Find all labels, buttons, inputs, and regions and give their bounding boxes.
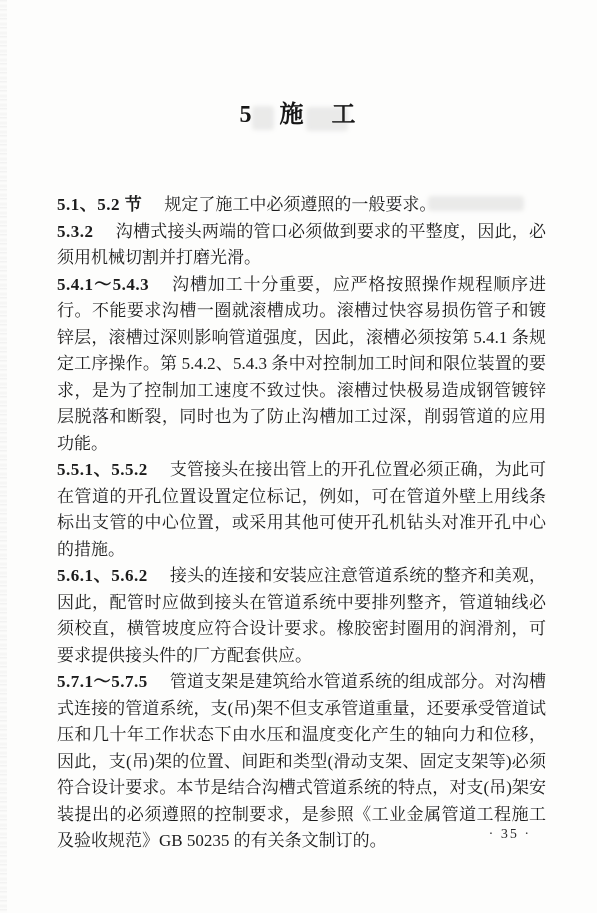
clause-number: 5.3.2 (57, 222, 116, 241)
bleed-through-artifact (306, 107, 348, 131)
paragraph-clause-5-6-1-5-6-2: 5.6.1、5.6.2接头的连接和安装应注意管道系统的整齐和美观，因此，配管时应… (57, 563, 546, 669)
scan-edge-artifact (0, 0, 7, 913)
paragraph-clause-5-4-1-5-4-3: 5.4.1～5.4.3沟槽加工十分重要，应严格按照操作规程顺序进行。不能要求沟槽… (57, 272, 546, 458)
clause-number: 5.5.1、5.5.2 (57, 460, 170, 479)
document-page: 5 施 工 5.1、5.2 节规定了施工中必须遵照的一般要求。 5.3.2沟槽式… (0, 0, 597, 913)
clause-number: 5.7.1～5.7.5 (57, 672, 170, 691)
paragraph-clause-5-3-2: 5.3.2沟槽式接头两端的管口必须做到要求的平整度，因此，必须用机械切割并打磨光… (57, 219, 546, 272)
paragraph-clause-5-7-1-5-7-5: 5.7.1～5.7.5管道支架是建筑给水管道系统的组成部分。对沟槽式连接的管道系… (57, 669, 546, 855)
clause-text: 管道支架是建筑给水管道系统的组成部分。对沟槽式连接的管道系统，支(吊)架不但支承… (57, 672, 546, 850)
clause-text: 沟槽式接头两端的管口必须做到要求的平整度，因此，必须用机械切割并打磨光滑。 (57, 222, 546, 268)
document-body: 5.1、5.2 节规定了施工中必须遵照的一般要求。 5.3.2沟槽式接头两端的管… (57, 192, 546, 855)
clause-number: 5.6.1、5.6.2 (57, 566, 170, 585)
chapter-title: 5 施 工 (0, 0, 597, 130)
clause-text: 沟槽加工十分重要，应严格按照操作规程顺序进行。不能要求沟槽一圈就滚槽成功。滚槽过… (57, 275, 546, 453)
bleed-through-artifact (252, 106, 274, 130)
clause-number: 5.1、5.2 节 (57, 195, 164, 214)
page-number: · 35 · (489, 827, 531, 843)
paragraph-clause-5-1-5-2: 5.1、5.2 节规定了施工中必须遵照的一般要求。 (57, 192, 546, 219)
clause-text: 规定了施工中必须遵照的一般要求。 (164, 195, 436, 214)
paragraph-clause-5-5-1-5-5-2: 5.5.1、5.5.2支管接头在接出管上的开孔位置必须正确，为此可在管道的开孔位… (57, 457, 546, 563)
clause-number: 5.4.1～5.4.3 (57, 275, 171, 294)
